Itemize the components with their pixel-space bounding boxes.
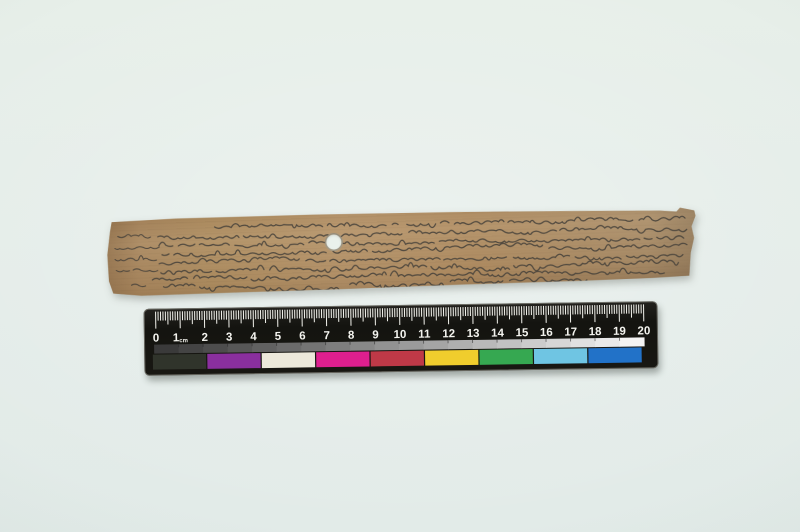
photograph-background: 01cm234567891011121314151617181920 — [0, 0, 800, 532]
svg-text:6: 6 — [299, 330, 306, 342]
svg-text:20: 20 — [637, 325, 650, 337]
scale-bar-face: 01cm234567891011121314151617181920 — [144, 301, 659, 376]
svg-text:8: 8 — [348, 330, 355, 342]
svg-text:0: 0 — [153, 333, 160, 345]
palm-leaf-manuscript — [104, 203, 699, 300]
svg-text:18: 18 — [589, 326, 603, 338]
svg-text:12: 12 — [442, 328, 455, 340]
svg-text:19: 19 — [613, 326, 626, 338]
svg-text:17: 17 — [564, 326, 577, 338]
scale-bar: 01cm234567891011121314151617181920 — [144, 301, 659, 376]
svg-text:7: 7 — [323, 330, 330, 342]
svg-text:1cm: 1cm — [173, 332, 188, 344]
svg-text:9: 9 — [372, 329, 379, 341]
svg-text:3: 3 — [226, 332, 233, 344]
tamil-handwriting — [104, 203, 699, 300]
svg-text:11: 11 — [418, 329, 431, 341]
svg-text:5: 5 — [275, 331, 282, 343]
svg-text:2: 2 — [201, 332, 208, 344]
svg-text:14: 14 — [491, 327, 505, 339]
svg-text:10: 10 — [393, 329, 406, 341]
svg-text:16: 16 — [540, 327, 553, 339]
svg-text:4: 4 — [250, 331, 257, 343]
svg-text:13: 13 — [467, 328, 480, 340]
palm-leaf-surface — [104, 203, 699, 300]
svg-text:15: 15 — [515, 327, 529, 339]
